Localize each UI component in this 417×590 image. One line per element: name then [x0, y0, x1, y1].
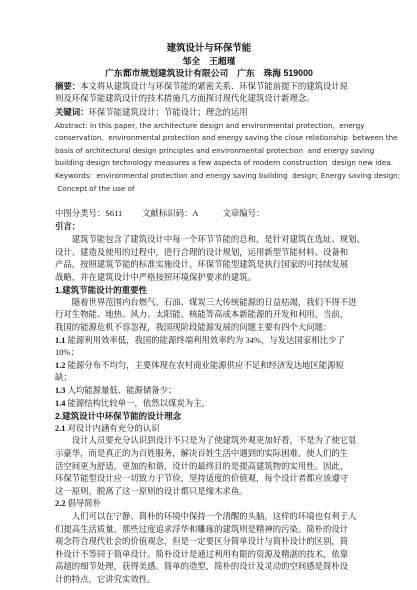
intro-heading: 引言： [55, 220, 363, 234]
paper-title: 建筑设计与环保节能 [55, 42, 363, 55]
abstract-cn-text: 本文将从建筑设计与环保节能的紧密关系、环保节能前提下的建筑设计原 则及环保节能建… [55, 82, 348, 104]
keywords-cn-label: 关键词： [55, 107, 89, 117]
section2-heading: 2.建筑设计中环保节能的设计理念 [55, 410, 363, 423]
meta-line: 中图分类号：S611文献标识码：A文章编号： [55, 208, 363, 221]
clc-value: S611 [105, 209, 122, 218]
abstract-cn: 摘要：本文将从建筑设计与环保节能的紧密关系、环保节能前提下的建筑设计原 则及环保… [55, 80, 363, 106]
subsection-title: 倡导简朴 [68, 499, 102, 508]
paper-authors: 邹全 王超瑾 [55, 55, 363, 68]
section1-item-1: 1.1 能源利用效率低，我国的能源终端利用效率约为 34%，与发达国家相比少了 … [55, 335, 363, 360]
item-text: 能源结构比较单一，依然以煤炭为主。 [68, 399, 210, 408]
item-number: 1.1 [55, 336, 68, 345]
document-page: 建筑设计与环保节能 邹全 王超瑾 广东都市规划建筑设计有限公司 广东 珠海 51… [0, 0, 417, 590]
section1-item-4: 1.4 能源结构比较单一，依然以煤炭为主。 [55, 398, 363, 411]
section1-paragraph: 随着世界范围内台燃气、石油、煤炭三大传统能源的日益枯竭，我们不得不进 行对生物能… [55, 297, 363, 335]
blank-line [55, 195, 363, 208]
abstract-en: Abstract: in this paper, the architectur… [55, 120, 363, 196]
article-no-label: 文章编号： [222, 209, 264, 218]
item-text: 能源利用效率低，我国的能源终端利用效率约为 34%，与发达国家相比少了 10%； [55, 336, 345, 358]
document-content: 建筑设计与环保节能 邹全 王超瑾 广东都市规划建筑设计有限公司 广东 珠海 51… [55, 42, 363, 587]
section1-heading: 1.建筑节能设计的重要性 [55, 284, 363, 297]
section2-sub2-paragraph: 人们可以在宁静、简朴的环境中保持一个清醒的头脑，这样的环境也有利于人 们提高生活… [55, 511, 363, 587]
intro-paragraph: 建筑节能包含了建筑设计中每一个环节节能的总和，是针对建筑在选址、规划、 设计、建… [55, 234, 363, 284]
abstract-cn-label: 摘要： [55, 81, 80, 91]
item-text: 能源分布不均匀，主要体现在农村商业能源供应不足和经济发达地区能源短 缺； [55, 361, 344, 383]
section1-item-2: 1.2 能源分布不均匀，主要体现在农村商业能源供应不足和经济发达地区能源短 缺； [55, 360, 363, 385]
item-number: 1.4 [55, 399, 68, 408]
intro-label: 引言： [55, 221, 80, 231]
item-number: 1.3 [55, 386, 68, 395]
paper-affiliation: 广东都市规划建筑设计有限公司 广东 珠海 519000 [55, 67, 363, 80]
section2-sub1-heading: 2.1 对设计内涵有充分的认识 [55, 423, 363, 436]
item-number: 1.2 [55, 361, 68, 370]
subsection-number: 2.1 [55, 424, 68, 433]
item-text: 人均能源量低、能源储备少； [68, 386, 177, 395]
keywords-cn-text: 环保节能建筑设计；节能设计；理念的运用 [89, 108, 248, 117]
doc-code-value: A [192, 209, 198, 218]
section2-sub1-paragraph: 设计人员要充分认识到设计不只是为了使建筑外观更加好看，不是为了使它显 示豪华，而… [55, 435, 363, 498]
section1-item-3: 1.3 人均能源量低、能源储备少； [55, 385, 363, 398]
section2-sub2-heading: 2.2 倡导简朴 [55, 498, 363, 511]
keywords-cn: 关键词：环保节能建筑设计；节能设计；理念的运用 [55, 106, 363, 120]
subsection-title: 对设计内涵有充分的认识 [68, 424, 160, 433]
subsection-number: 2.2 [55, 499, 68, 508]
doc-code-label: 文献标识码： [142, 209, 192, 218]
clc-label: 中图分类号： [55, 209, 105, 218]
